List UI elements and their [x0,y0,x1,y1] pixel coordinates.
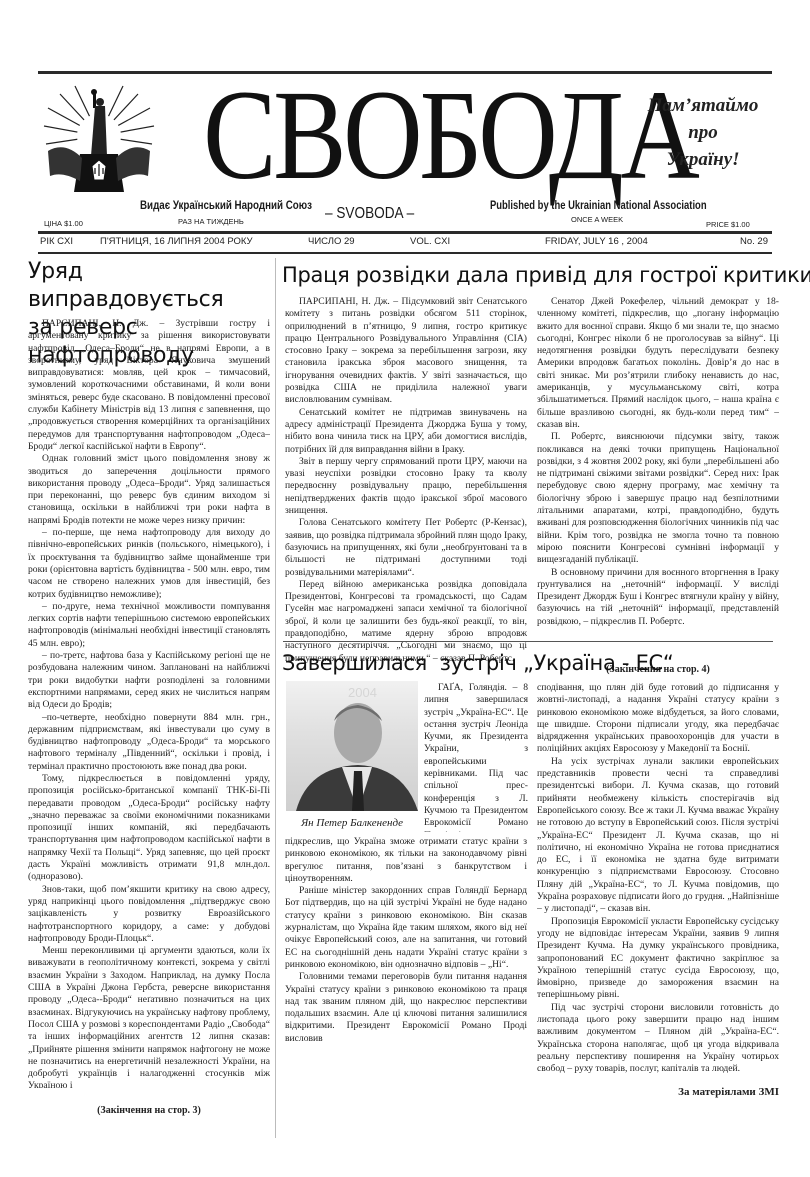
paragraph: Раніше міністер закордонних справ Голянд… [285,885,527,971]
pipeline-body: ПАРСИПАНІ, Н. Дж. – Зустрівши гостру і а… [28,318,270,1088]
section-divider [283,641,773,642]
year-ua: РІК CXI [40,236,73,247]
summit-headline: Завершилася зустріч „Україна - ЕС“ [282,650,782,676]
newspaper-title: СВОБОДА [203,70,586,200]
price-en: PRICE $1.00 [706,220,750,229]
motto-line: про [628,119,778,146]
dateline-rule [38,252,772,254]
frequency-ua: РАЗ НА ТИЖДЕНЬ [178,217,244,226]
summit-col1: підкреслив, що Україна зможе отримати ст… [285,836,527,1094]
volume-en: VOL. CXI [410,236,450,247]
paragraph: – по-друге, нема технічної можливости по… [28,601,270,650]
dateline: РІК CXI П'ЯТНИЦЯ, 16 ЛИПНЯ 2004 РОКУ ЧИС… [40,236,772,250]
intelligence-col2: Сенатор Джей Рокефелер, чільний демократ… [537,296,779,641]
motto: Пам’ятаймо про Україну! [628,92,778,173]
pipeline-continued: (Закінчення на стор. 3) [28,1105,270,1116]
issue-ua: ЧИСЛО 29 [308,236,355,247]
paragraph: Однак головний зміст цього повідомлення … [28,453,270,527]
summit-narrow-col: ГАҐА, Голяндія. – 8 липня завершилася зу… [424,682,528,832]
summit-source: За матеріялами ЗМІ [537,1086,779,1098]
paragraph: П. Робертс, вияснюючи підсумки звіту, та… [537,431,779,566]
paragraph: – по-третє, нафтова база у Каспійському … [28,650,270,711]
paragraph: –по-четверте, необхідно повернути 884 мл… [28,712,270,773]
paragraph: Пропозиція Еврокомісії укласти Европейсь… [537,916,779,1002]
headline-line: Уряд виправдовується [28,258,268,314]
motto-line: Україну! [628,146,778,173]
intelligence-col1: ПАРСИПАНІ, Н. Дж. – Підсумковий звіт Сен… [285,296,527,692]
paragraph: ПАРСИПАНІ, Н. Дж. – Зустрівши гостру і а… [28,318,270,453]
paragraph: Звіт в першу чергу спрямований проти ЦРУ… [285,456,527,517]
paragraph: сподівання, що плян дій буде готовий до … [537,682,779,756]
paragraph: Тому, підкреслюється в повідомленні уряд… [28,773,270,884]
price-ua: ЦІНА $1.00 [44,219,83,228]
statue-of-liberty-emblem-icon [40,76,158,196]
photo-watermark: 2004 [348,685,377,700]
publisher-en: Published by the Ukrainian National Asso… [490,200,707,212]
photo-caption: Ян Петер Балкененде [286,817,418,829]
paragraph: – по-перше, ще нема нафтопроводу для вих… [28,527,270,601]
paragraph: В основному причини для воєнного вторгне… [537,567,779,628]
paragraph: На усіх зустрічах лунали заклики европей… [537,756,779,916]
paragraph: ПАРСИПАНІ, Н. Дж. – Підсумковий звіт Сен… [285,296,527,407]
column-divider [275,258,276,1138]
masthead-bottom-rule [38,231,772,234]
paragraph: Знов-таки, щоб пом’якшити критику на сво… [28,884,270,945]
date-en: FRIDAY, JULY 16 , 2004 [545,236,648,247]
issue-en: No. 29 [740,236,768,247]
paragraph: Сенатський комітет не підтримав звинувач… [285,407,527,456]
paragraph: ГАҐА, Голяндія. – 8 липня завершилася зу… [424,682,528,832]
date-ua: П'ЯТНИЦЯ, 16 ЛИПНЯ 2004 РОКУ [100,236,253,247]
paragraph: підкреслив, що Україна зможе отримати ст… [285,836,527,885]
paragraph: Менш переконливими ці аргументи здаються… [28,945,270,1088]
paragraph: Головними темами переговорів були питанн… [285,971,527,1045]
intelligence-headline: Праця розвідки дала привід для гострої к… [282,262,782,288]
frequency-en: ONCE A WEEK [571,215,623,224]
paragraph: Під час зустрічі сторони висловили готов… [537,1002,779,1076]
publisher-ua: Видає Український Народний Союз [140,200,312,212]
title-latin: – SVOBODA – [325,205,414,223]
balkenende-photo: 2004 [286,681,418,811]
paragraph: Голова Сенатського комітету Пет Робертс … [285,517,527,578]
motto-line: Пам’ятаймо [628,92,778,119]
paragraph: Сенатор Джей Рокефелер, чільний демократ… [537,296,779,431]
summit-col2: сподівання, що плян дій буде готовий до … [537,682,779,1082]
